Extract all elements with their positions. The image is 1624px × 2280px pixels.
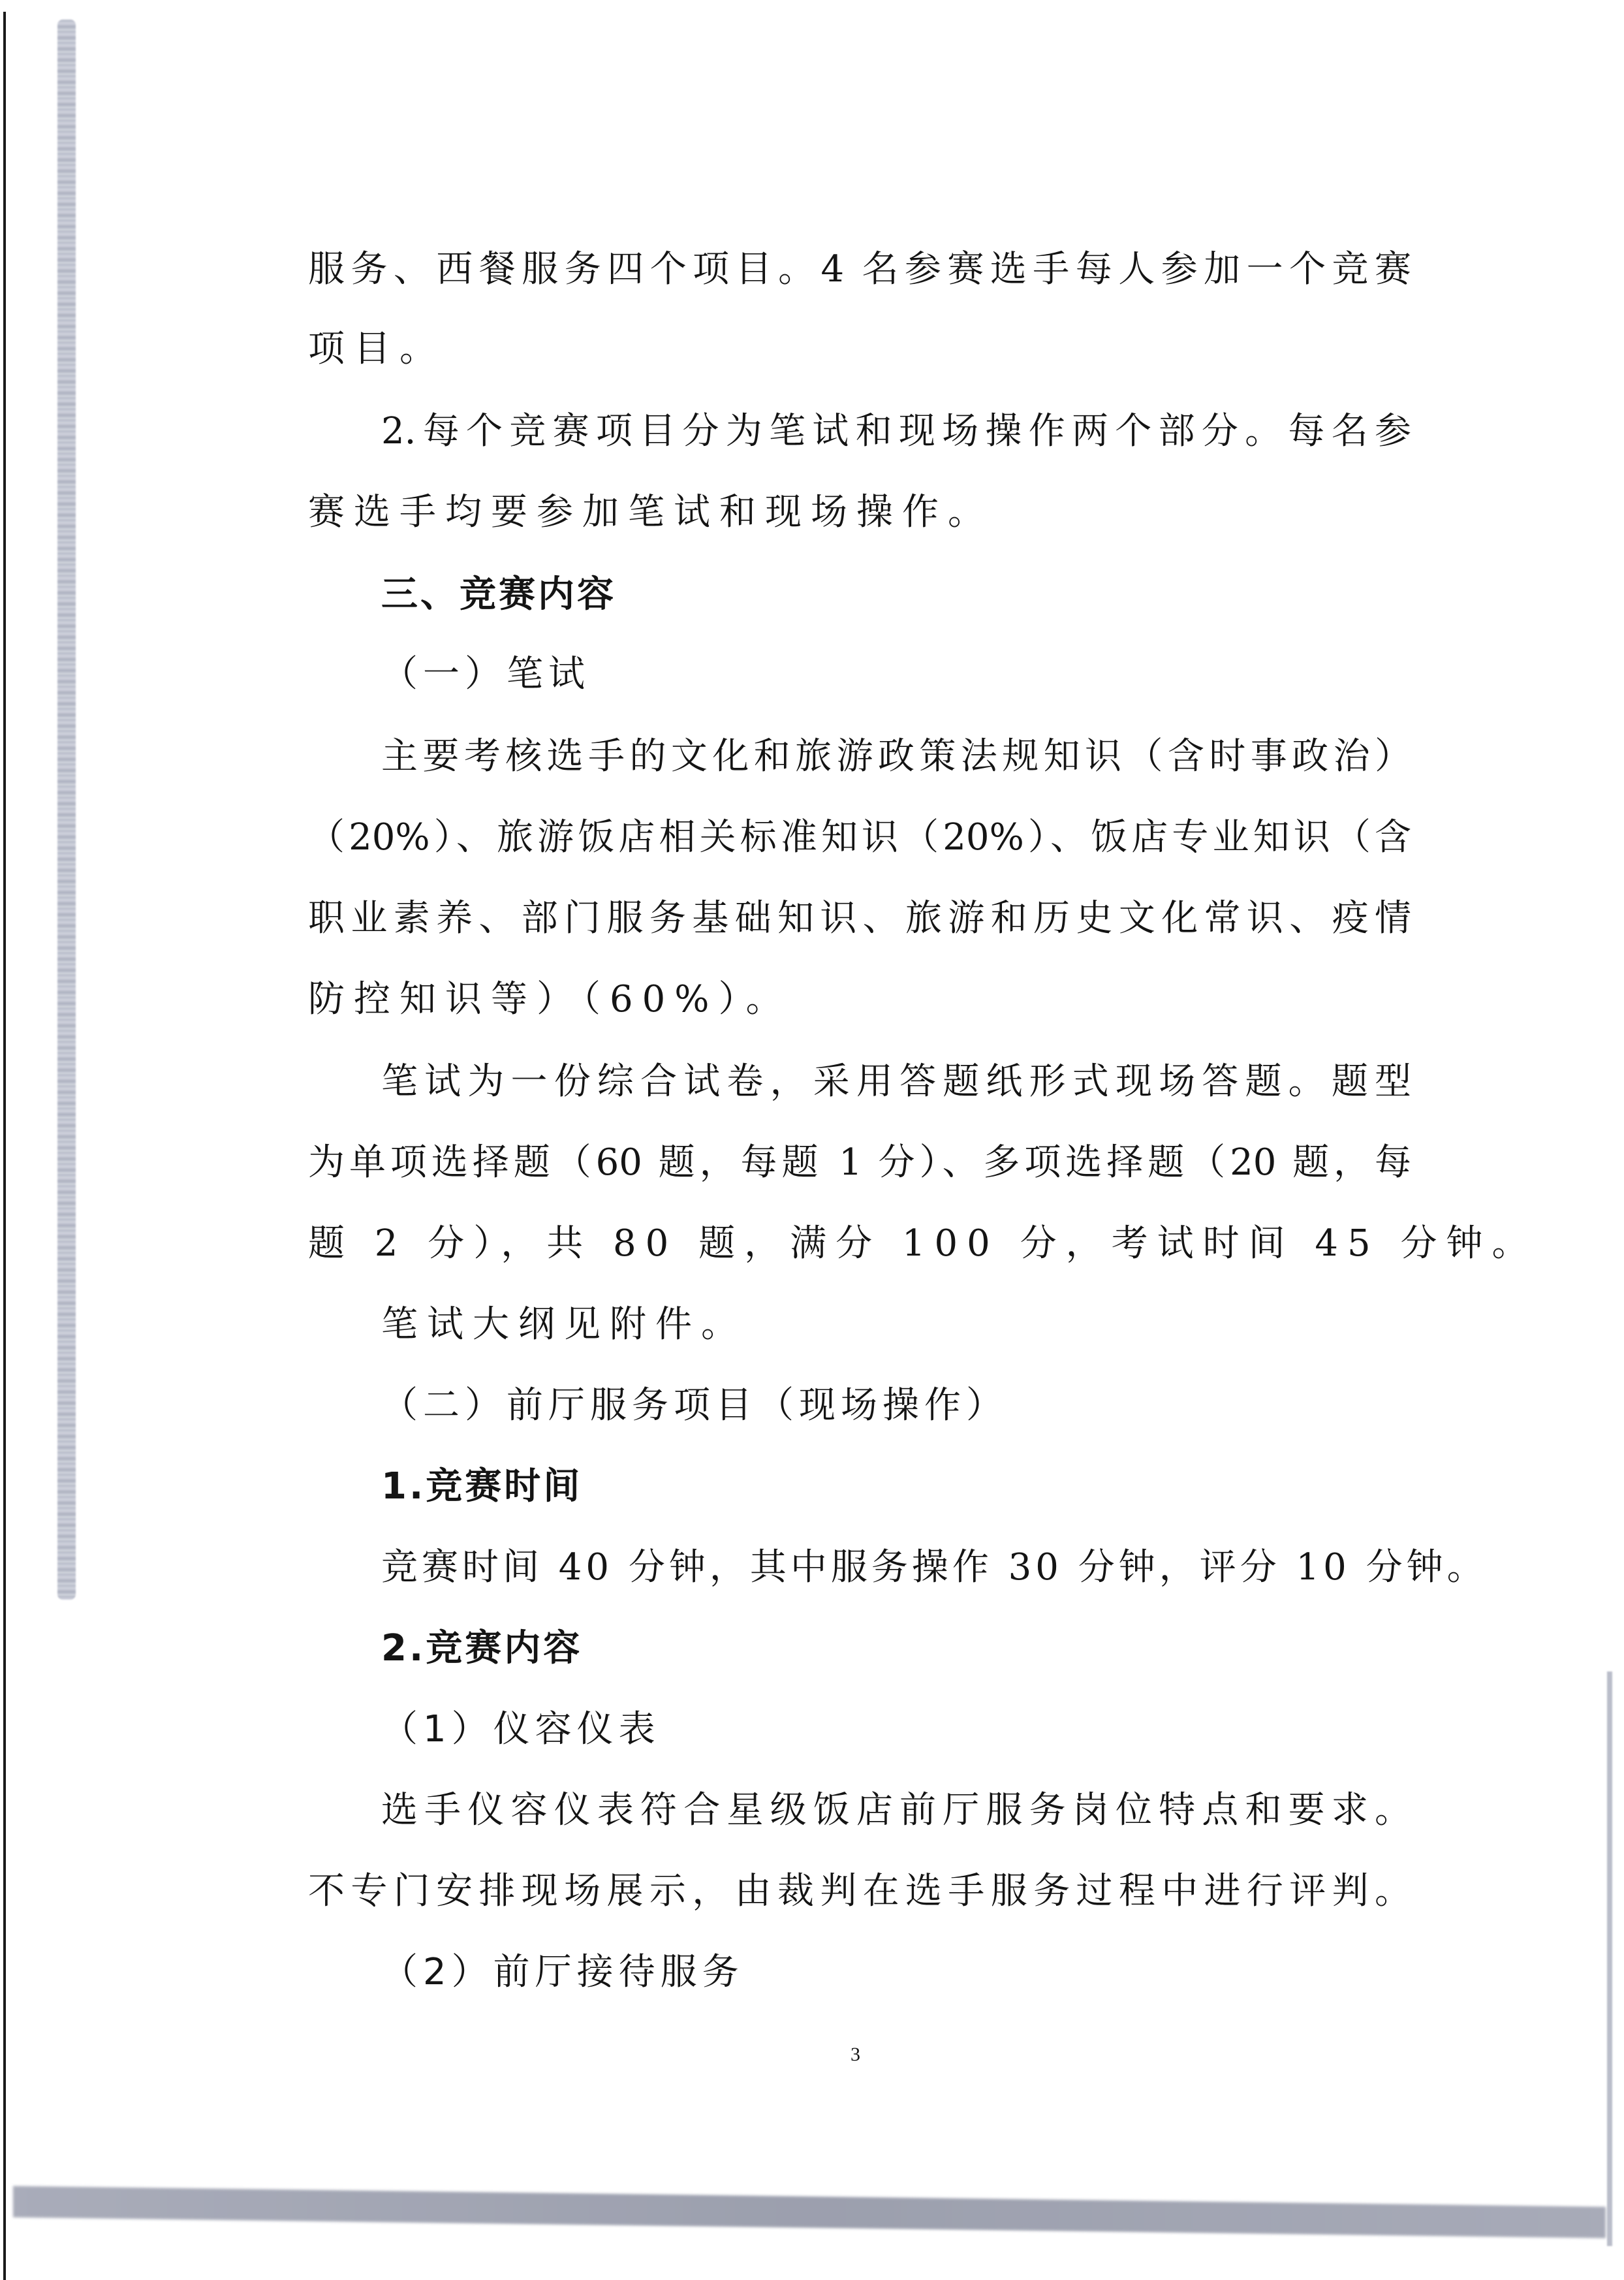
scan-right-edge bbox=[1607, 1671, 1612, 2246]
paragraph-line: 防控知识等）（60%）。 bbox=[308, 977, 791, 1022]
paragraph-line: 笔试为一份综合试卷，采用答题纸形式现场答题。题型 bbox=[381, 1059, 1411, 1105]
paragraph-line: 竞赛时间 40 分钟，其中服务操作 30 分钟，评分 10 分钟。 bbox=[381, 1545, 1488, 1591]
paragraph-line: 赛选手均要参加笔试和现场操作。 bbox=[308, 490, 993, 535]
item-heading: 2.竞赛内容 bbox=[381, 1626, 582, 1671]
scan-left-border bbox=[3, 12, 6, 2280]
scan-binding-shadow bbox=[57, 20, 76, 1600]
paragraph-line: 选手仪容仪表符合星级饭店前厅服务岗位特点和要求。 bbox=[381, 1788, 1411, 1833]
section-heading: 三、竞赛内容 bbox=[381, 572, 616, 618]
paragraph-line: 项目。 bbox=[308, 326, 445, 372]
paragraph-line: 职业素养、部门服务基础知识、旅游和历史文化常识、疫情 bbox=[308, 896, 1411, 942]
paragraph-line: 服务、西餐服务四个项目。4 名参赛选手每人参加一个竞赛 bbox=[308, 247, 1411, 293]
paragraph-line: 题 2 分），共 80 题，满分 100 分，考试时间 45 分钟。 bbox=[308, 1221, 1537, 1267]
page-number: 3 bbox=[851, 2044, 860, 2066]
paragraph-line: （20%）、旅游饭店相关标准知识（20%）、饭店专业知识（含 bbox=[308, 815, 1411, 861]
subitem-heading: （2）前厅接待服务 bbox=[381, 1950, 744, 1995]
paragraph-line: 为单项选择题（60 题，每题 1 分）、多项选择题（20 题，每 bbox=[308, 1140, 1411, 1186]
paragraph-line: 笔试大纲见附件。 bbox=[381, 1302, 747, 1348]
subitem-heading: （1）仪容仪表 bbox=[381, 1707, 661, 1752]
paragraph-line: 不专门安排现场展示，由裁判在选手服务过程中进行评判。 bbox=[308, 1869, 1411, 1914]
paragraph-line: 主要考核选手的文化和旅游政策法规知识（含时事政治） bbox=[381, 734, 1411, 780]
scan-bottom-edge bbox=[13, 2186, 1606, 2238]
subsection-heading: （一）笔试 bbox=[381, 652, 590, 697]
subsection-heading: （二）前厅服务项目（现场操作） bbox=[381, 1383, 1008, 1429]
paragraph-line: 2.每个竞赛项目分为笔试和现场操作两个部分。每名参 bbox=[381, 409, 1411, 454]
item-heading: 1.竞赛时间 bbox=[381, 1464, 582, 1510]
